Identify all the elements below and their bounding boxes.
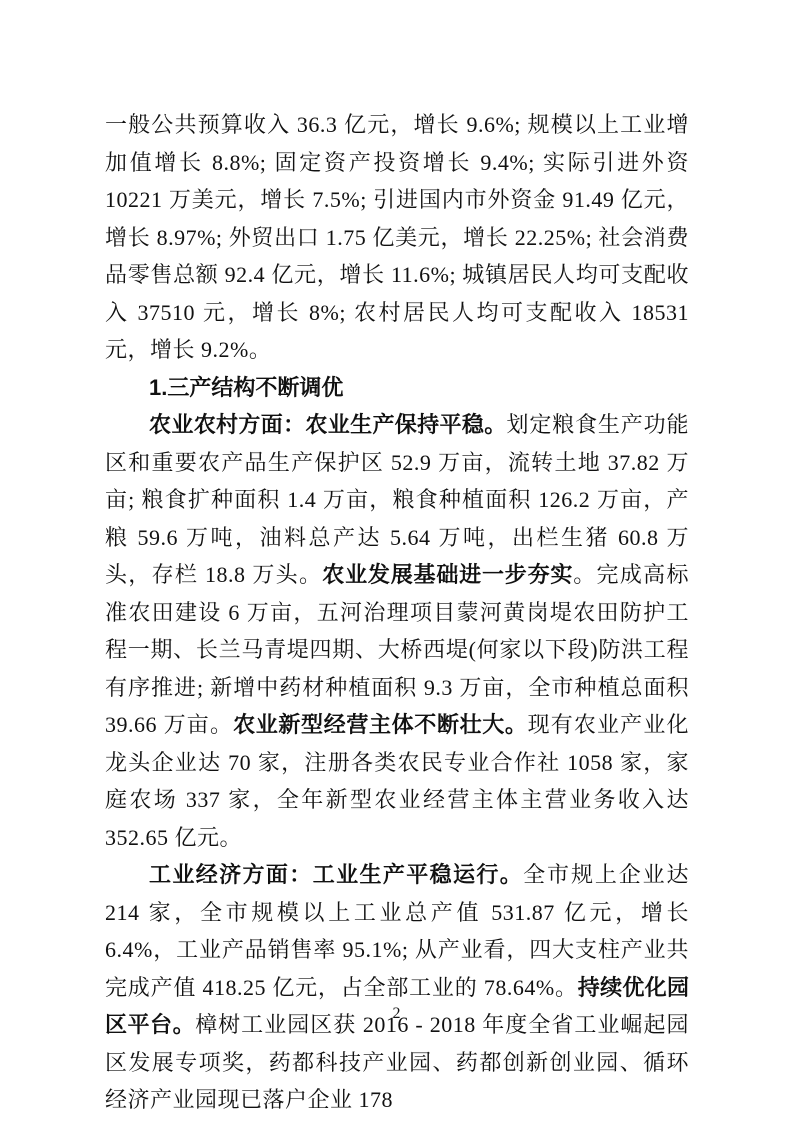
paragraph: 1.三产结构不断调优 bbox=[105, 369, 689, 407]
paragraph: 一般公共预算收入 36.3 亿元，增长 9.6%; 规模以上工业增加值增长 8.… bbox=[105, 106, 689, 369]
emphasis-text: 农业农村方面：农业生产保持平稳。 bbox=[149, 412, 507, 437]
emphasis-text: 1.三产结构不断调优 bbox=[149, 375, 343, 400]
body-text: 。完成高标准农田建设 6 万亩，五河治理项目蒙河黄岗堤农田防护工程一期、长兰马青… bbox=[105, 562, 689, 737]
document-body: 一般公共预算收入 36.3 亿元，增长 9.6%; 规模以上工业增加值增长 8.… bbox=[105, 106, 689, 1119]
emphasis-text: 农业发展基础进一步夯实 bbox=[322, 562, 573, 587]
page-number: 2 bbox=[0, 1002, 793, 1026]
paragraph: 工业经济方面：工业生产平稳运行。全市规上企业达 214 家，全市规模以上工业总产… bbox=[105, 856, 689, 1119]
body-text: 一般公共预算收入 36.3 亿元，增长 9.6%; 规模以上工业增加值增长 8.… bbox=[105, 112, 689, 362]
paragraph: 农业农村方面：农业生产保持平稳。划定粮食生产功能区和重要农产品生产保护区 52.… bbox=[105, 406, 689, 856]
body-text: 划定粮食生产功能区和重要农产品生产保护区 52.9 万亩，流转土地 37.82 … bbox=[105, 412, 689, 587]
emphasis-text: 农业新型经营主体不断壮大。 bbox=[233, 712, 527, 737]
emphasis-text: 工业经济方面：工业生产平稳运行。 bbox=[149, 862, 523, 887]
document-page: 一般公共预算收入 36.3 亿元，增长 9.6%; 规模以上工业增加值增长 8.… bbox=[0, 0, 793, 1122]
